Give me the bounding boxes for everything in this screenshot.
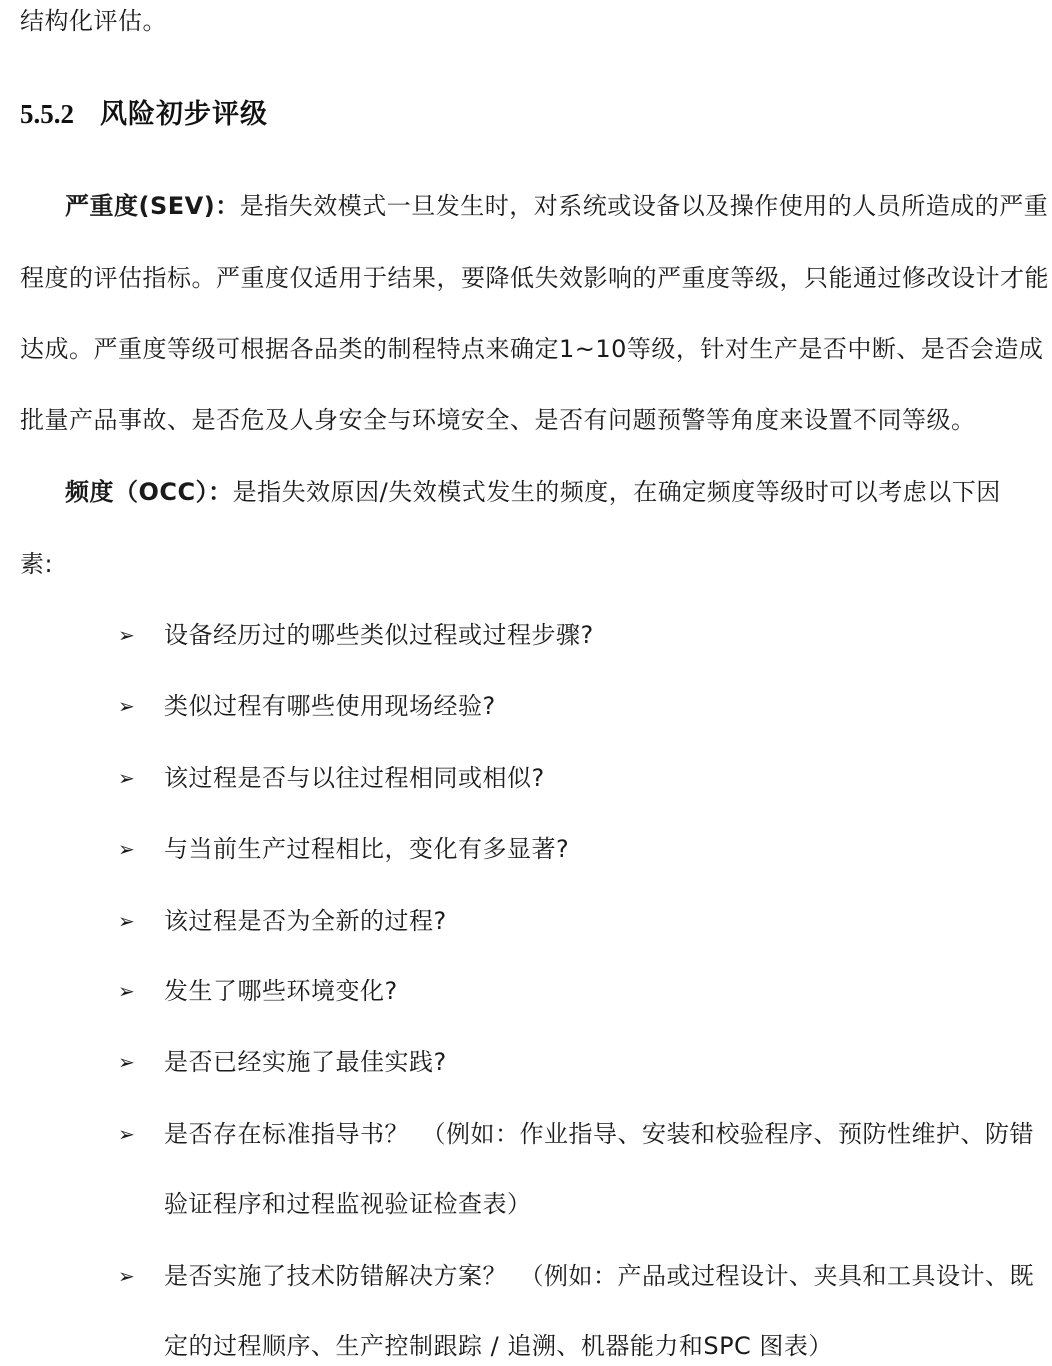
list-item-3: ➢该过程是否与以往过程相同或相似?	[118, 763, 545, 793]
arrow-bullet-icon: ➢	[118, 1047, 164, 1077]
list-item-8-text: 是否存在标准指导书？ （例如：作业指导、安装和校验程序、预防性维护、防错	[164, 1120, 1034, 1148]
list-item-1: ➢设备经历过的哪些类似过程或过程步骤?	[118, 620, 594, 650]
list-item-1-text: 设备经历过的哪些类似过程或过程步骤?	[164, 621, 594, 649]
list-item-3-text: 该过程是否与以往过程相同或相似?	[164, 764, 545, 792]
arrow-bullet-icon: ➢	[118, 1119, 164, 1149]
list-item-6: ➢发生了哪些环境变化?	[118, 976, 398, 1006]
occ-paragraph-line-1: 频度（OCC）：是指失效原因/失效模式发生的频度，在确定频度等级时可以考虑以下因	[65, 477, 1001, 507]
occ-term: 频度（OCC）：	[65, 478, 233, 506]
list-item-7: ➢是否已经实施了最佳实践?	[118, 1047, 447, 1077]
list-item-9-text: 是否实施了技术防错解决方案？ （例如：产品或过程设计、夹具和工具设计、既	[164, 1262, 1034, 1290]
arrow-bullet-icon: ➢	[118, 620, 164, 650]
sev-paragraph-line-2: 程度的评估指标。严重度仅适用于结果，要降低失效影响的严重度等级，只能通过修改设计…	[20, 263, 1049, 293]
arrow-bullet-icon: ➢	[118, 691, 164, 721]
list-item-2-text: 类似过程有哪些使用现场经验?	[164, 692, 496, 720]
list-item-4: ➢与当前生产过程相比，变化有多显著?	[118, 834, 569, 864]
document-page: 结构化评估。 5.5.2风险初步评级 严重度(SEV)：是指失效模式一旦发生时，…	[0, 0, 1052, 1366]
list-item-9: ➢是否实施了技术防错解决方案？ （例如：产品或过程设计、夹具和工具设计、既	[118, 1261, 1034, 1291]
list-item-7-text: 是否已经实施了最佳实践?	[164, 1048, 447, 1076]
list-item-5-text: 该过程是否为全新的过程?	[164, 907, 447, 935]
list-item-6-text: 发生了哪些环境变化?	[164, 977, 398, 1005]
list-item-9-continuation: 定的过程顺序、生产控制跟踪 / 追溯、机器能力和SPC 图表）	[164, 1331, 833, 1361]
sev-paragraph-line-4: 批量产品事故、是否危及人身安全与环境安全、是否有问题预警等角度来设置不同等级。	[20, 405, 976, 435]
list-item-8-continuation: 验证程序和过程监视验证检查表）	[164, 1189, 532, 1219]
occ-line1-text: 是指失效原因/失效模式发生的频度，在确定频度等级时可以考虑以下因	[233, 478, 1001, 506]
sev-paragraph-line-1: 严重度(SEV)：是指失效模式一旦发生时，对系统或设备以及操作使用的人员所造成的…	[65, 191, 1048, 221]
list-item-2: ➢类似过程有哪些使用现场经验?	[118, 691, 496, 721]
section-heading: 5.5.2风险初步评级	[20, 92, 268, 131]
section-title: 风险初步评级	[100, 99, 268, 130]
arrow-bullet-icon: ➢	[118, 763, 164, 793]
arrow-bullet-icon: ➢	[118, 906, 164, 936]
arrow-bullet-icon: ➢	[118, 976, 164, 1006]
section-number: 5.5.2	[20, 99, 74, 129]
list-item-8: ➢是否存在标准指导书？ （例如：作业指导、安装和校验程序、预防性维护、防错	[118, 1119, 1034, 1149]
arrow-bullet-icon: ➢	[118, 1261, 164, 1291]
occ-paragraph-line-2: 素:	[20, 549, 53, 579]
arrow-bullet-icon: ➢	[118, 834, 164, 864]
list-item-5: ➢该过程是否为全新的过程?	[118, 906, 447, 936]
list-item-4-text: 与当前生产过程相比，变化有多显著?	[164, 835, 569, 863]
sev-term: 严重度(SEV)：	[65, 192, 240, 220]
intro-line: 结构化评估。	[20, 6, 167, 36]
sev-paragraph-line-3: 达成。严重度等级可根据各品类的制程特点来确定1~10等级，针对生产是否中断、是否…	[20, 334, 1043, 364]
sev-line1-text: 是指失效模式一旦发生时，对系统或设备以及操作使用的人员所造成的严重	[240, 192, 1049, 220]
